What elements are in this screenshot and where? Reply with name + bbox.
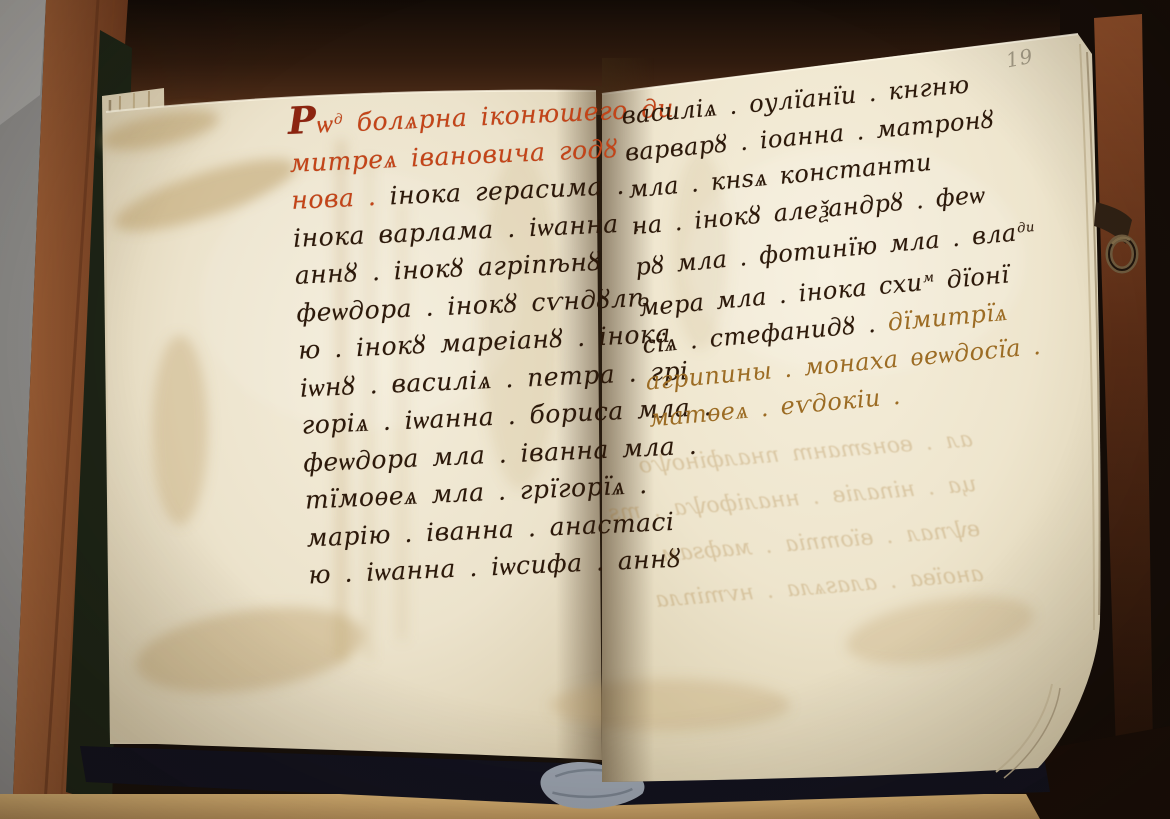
manuscript-text-segment: Р — [287, 98, 318, 143]
right-page-text: василіѧ . оулїанїи . кнгнюварварȣ . іоан… — [620, 64, 1029, 438]
manuscript-text-segment: ѡ — [316, 109, 334, 139]
manuscript-text-segment: дїмитрїѧ — [887, 298, 1009, 337]
manuscript-photo: Рѡд болѧрна іконюшего димитреѧ івановича… — [0, 0, 1170, 819]
manuscript-text-segment: інока герасима . — [389, 171, 625, 211]
manuscript-text-segment: нова . — [291, 181, 391, 214]
manuscript-text-segment: дїонї — [933, 260, 1010, 295]
right-page-show-through-text: ал . вонгтант пналфіноѱоца . ніпалів . н… — [612, 417, 985, 625]
text-layer: Рѡд болѧрна іконюшего димитреѧ івановича… — [0, 0, 1170, 819]
manuscript-text-segment: ди — [1016, 220, 1035, 237]
page-number: 19 — [1004, 44, 1036, 73]
left-page-text: Рѡд болѧрна іконюшего димитреѧ івановича… — [287, 88, 649, 594]
